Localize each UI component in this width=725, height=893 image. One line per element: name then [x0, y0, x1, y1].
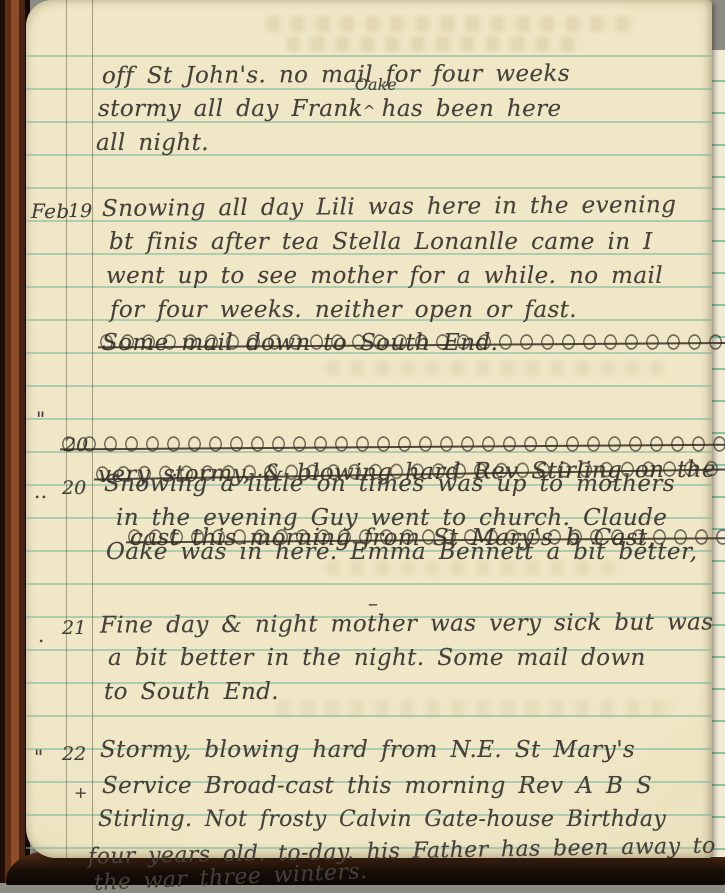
entry-day: 22 — [62, 739, 86, 769]
diary-line: Stirling. Not frosty Calvin Gate-house B… — [98, 805, 666, 835]
diary-line: Snowing a little on times was up to moth… — [104, 469, 675, 499]
ink-bleedthrough — [276, 700, 676, 716]
crossed-out-line: Some mail down to South End. — [102, 328, 725, 358]
diary-line: a bit better in the night. Some mail dow… — [108, 643, 646, 673]
entry-ditto-mark: . — [38, 620, 45, 650]
entry-month: Feb — [31, 196, 70, 226]
diary-text: stormy all day Frank — [98, 96, 363, 122]
diary-line: Service Broad-cast this morning Rev A B … — [102, 771, 652, 801]
ink-bleedthrough — [286, 36, 586, 52]
diary-line: off St John's. no mail for four weeks — [102, 59, 570, 91]
entry-day: 20 — [62, 473, 86, 503]
margin-line-left — [66, 0, 67, 858]
entry-day: 21 — [62, 613, 86, 643]
diary-line: to South End. — [104, 677, 279, 707]
entry-sub-mark: + — [74, 778, 88, 808]
entry-ditto-mark: .. — [34, 476, 48, 506]
diary-photo: off St John's. no mail for four weeks st… — [0, 0, 725, 893]
ink-bleedthrough — [266, 16, 636, 32]
diary-line: Fine day & night mother was very sick bu… — [100, 607, 714, 640]
entry-ditto-mark: " — [36, 404, 46, 434]
diary-line: stormy all day FrankOake^ has been here — [98, 94, 562, 124]
caret-mark: ^ — [363, 96, 376, 126]
diary-line: went up to see mother for a while. no ma… — [106, 261, 663, 291]
diary-line: Stormy, blowing hard from N.E. St Mary's — [100, 735, 635, 765]
margin-line-right — [92, 0, 93, 858]
diary-text: has been here — [382, 96, 562, 122]
diary-line: bt finis after tea Stella Lonanlle came … — [109, 227, 653, 257]
ink-bleedthrough — [326, 360, 666, 376]
diary-line: all night. — [96, 128, 209, 158]
diary-line: Snowing all day Lili was here in the eve… — [102, 190, 676, 224]
entry-day: 19 — [68, 196, 92, 226]
diary-line: for four weeks. neither open or fast. — [110, 295, 577, 325]
diary-line: in the evening Guy went to church. Claud… — [116, 503, 667, 533]
entry-ditto-mark: " — [34, 742, 44, 772]
diary-page: off St John's. no mail for four weeks st… — [26, 0, 712, 858]
diary-line: Oake was in here. Emma Bennett a bit bet… — [106, 537, 698, 567]
